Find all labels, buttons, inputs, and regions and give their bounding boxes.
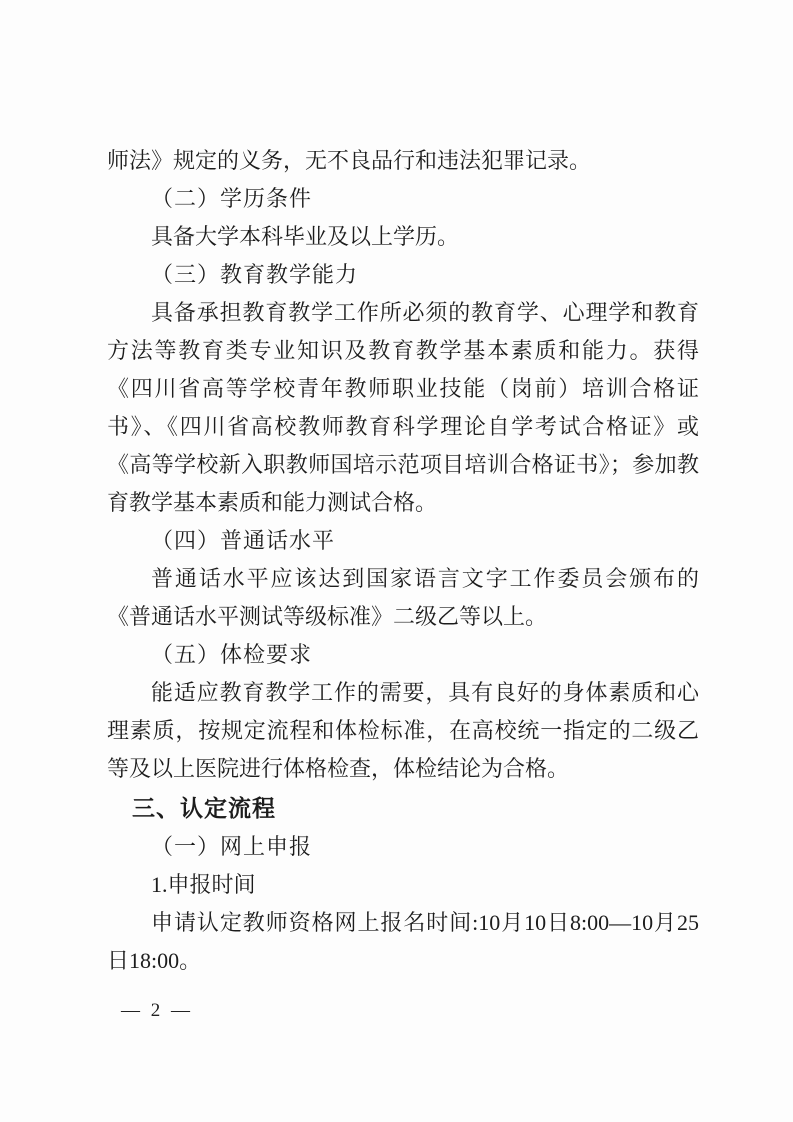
paragraph-body: 1.申报时间	[107, 866, 699, 904]
paragraph-subheading: （二）学历条件	[107, 180, 699, 218]
paragraph-heading: 三、认定流程	[132, 788, 699, 828]
paragraph-body: 具备承担教育教学工作所必须的教育学、心理学和教育方法等教育类专业知识及教育教学基…	[107, 294, 699, 522]
paragraph-body: 能适应教育教学工作的需要，具有良好的身体素质和心理素质，按规定流程和体检标准，在…	[107, 674, 699, 788]
document-body: 师法》规定的义务，无不良品行和违法犯罪记录。（二）学历条件具备大学本科毕业及以上…	[107, 142, 699, 980]
paragraph-body: 申请认定教师资格网上报名时间:10月10日8:00—10月25日18:00。	[107, 904, 699, 980]
paragraph-subheading: （四）普通话水平	[107, 522, 699, 560]
paragraph-body: 普通话水平应该达到国家语言文字工作委员会颁布的《普通话水平测试等级标准》二级乙等…	[107, 560, 699, 636]
page-number: — 2 —	[121, 1000, 193, 1022]
paragraph-subheading: （五）体检要求	[107, 636, 699, 674]
document-page: 师法》规定的义务，无不良品行和违法犯罪记录。（二）学历条件具备大学本科毕业及以上…	[0, 0, 793, 1122]
paragraph-body: 具备大学本科毕业及以上学历。	[107, 218, 699, 256]
paragraph-subheading: （一）网上申报	[107, 828, 699, 866]
paragraph-subheading: （三）教育教学能力	[107, 256, 699, 294]
paragraph-continuation: 师法》规定的义务，无不良品行和违法犯罪记录。	[107, 142, 699, 180]
